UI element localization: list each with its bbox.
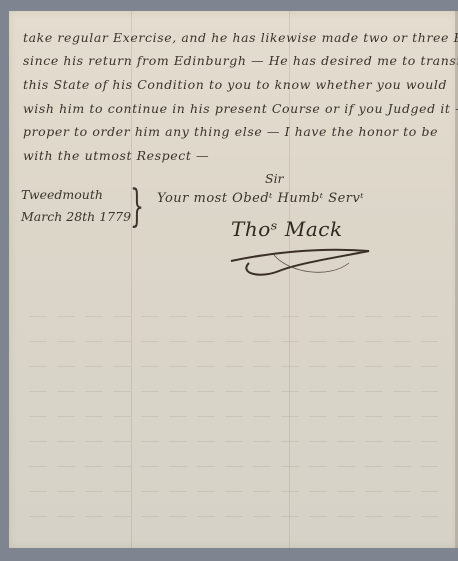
signature-flourish-icon (229, 233, 379, 283)
body-line: since his return from Edinburgh — He has… (23, 53, 458, 68)
body-line: proper to order him any thing else — I h… (23, 124, 438, 139)
body-line: wish him to continue in his present Cour… (23, 101, 458, 116)
manuscript-page: take regular Exercise, and he has likewi… (9, 11, 458, 548)
dateline-date: March 28th 1779 (21, 206, 131, 228)
dateline: Tweedmouth March 28th 1779 (21, 184, 131, 228)
brace-mark: } (130, 181, 144, 232)
dateline-place: Tweedmouth (21, 184, 131, 206)
closing-line: Your most Obedᵗ Humbᵗ Servᵗ (157, 191, 364, 206)
body-line: take regular Exercise, and he has likewi… (23, 30, 458, 45)
salutation: Sir (265, 171, 284, 186)
body-line: with the utmost Respect — (23, 148, 209, 163)
body-line: this State of his Condition to you to kn… (23, 77, 447, 92)
